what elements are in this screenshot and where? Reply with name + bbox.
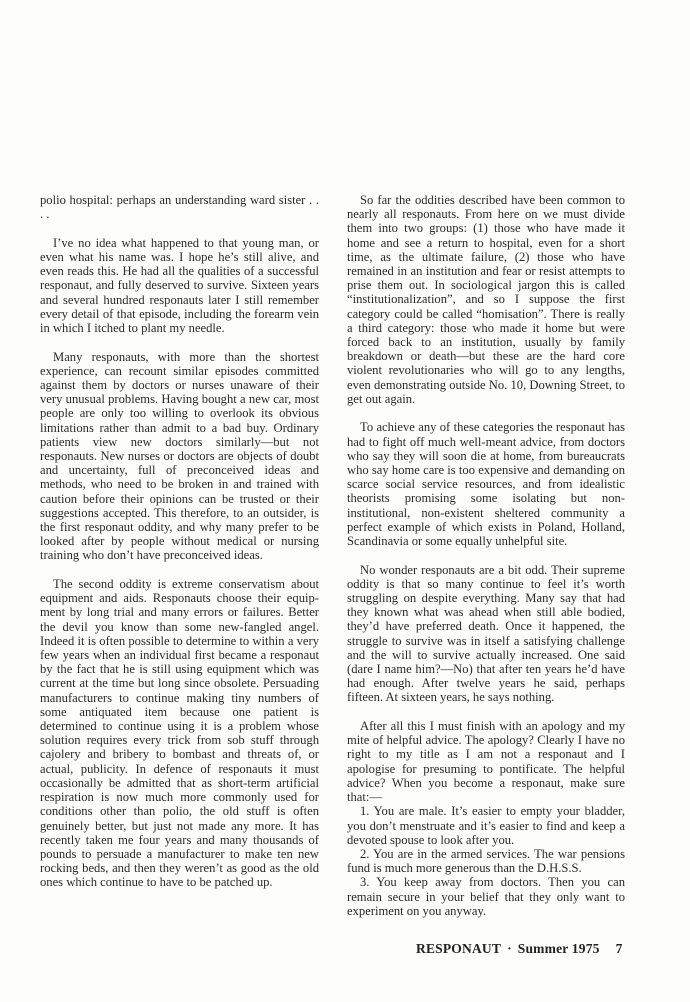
right-column: So far the oddities described have been … bbox=[347, 193, 625, 918]
paragraph-supreme-oddity: No wonder responauts are a bit odd. Thei… bbox=[347, 563, 625, 705]
paragraph-continuation: polio hospital: perhaps an understanding… bbox=[40, 193, 319, 221]
paragraph-advice-fight: To achieve any of these categories the r… bbox=[347, 420, 625, 548]
footer-separator: · bbox=[507, 941, 512, 956]
paragraph-groups: So far the oddities described have been … bbox=[347, 193, 625, 406]
paragraph-young-man: I’ve no idea what happened to that young… bbox=[40, 236, 319, 335]
issue-label: Summer 1975 bbox=[518, 941, 600, 956]
paragraph-second-oddity: The second oddity is extreme conservatis… bbox=[40, 577, 319, 889]
paragraph-first-oddity: Many responauts, with more than the shor… bbox=[40, 350, 319, 563]
magazine-page: polio hospital: perhaps an understanding… bbox=[0, 0, 690, 1002]
publication-name: RESPONAUT bbox=[416, 941, 501, 956]
left-column: polio hospital: perhaps an understanding… bbox=[40, 193, 319, 890]
page-footer: RESPONAUT·Summer 19757 bbox=[416, 941, 623, 957]
advice-item-2: 2. You are in the armed services. The wa… bbox=[347, 847, 625, 875]
paragraph-apology: After all this I must finish with an apo… bbox=[347, 719, 625, 804]
advice-item-3: 3. You keep away from doctors. Then you … bbox=[347, 875, 625, 918]
page-number: 7 bbox=[616, 941, 623, 956]
advice-item-1: 1. You are male. It’s easier to empty yo… bbox=[347, 804, 625, 847]
